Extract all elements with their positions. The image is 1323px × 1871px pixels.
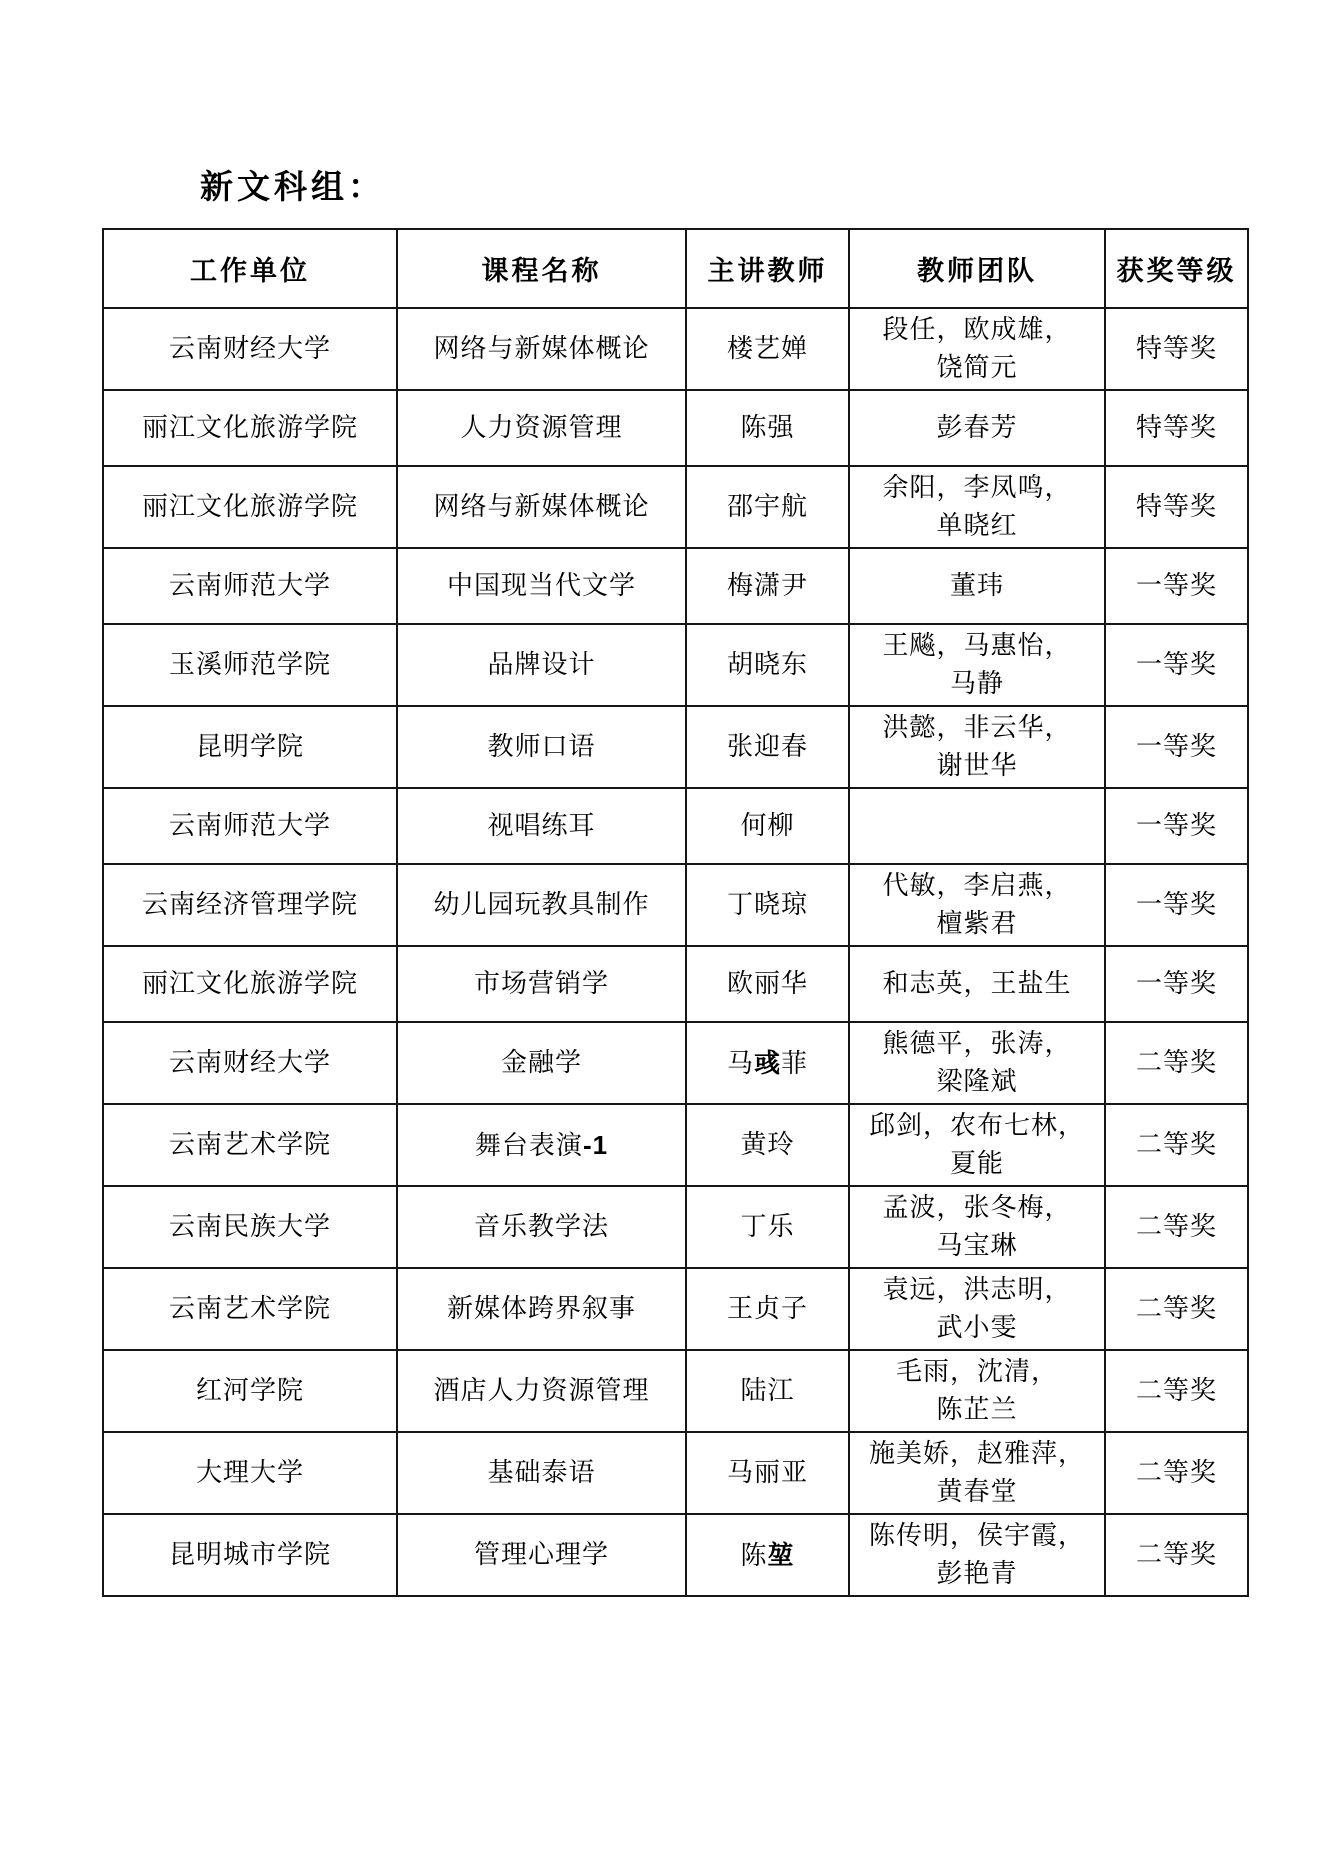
cell-unit: 玉溪师范学院 xyxy=(103,624,397,706)
cell-team: 代敏，李启燕， 檀紫君 xyxy=(849,864,1105,946)
cell-course: 舞台表演-1 xyxy=(397,1104,686,1186)
cell-team: 段任，欧成雄， 饶简元 xyxy=(849,308,1105,390)
table-row: 昆明城市学院 管理心理学 陈堃 陈传明，侯宇霞， 彭艳青 二等奖 xyxy=(103,1514,1248,1596)
cell-lecturer: 欧丽华 xyxy=(686,946,849,1022)
cell-lecturer: 胡晓东 xyxy=(686,624,849,706)
table-row: 丽江文化旅游学院 人力资源管理 陈强 彭春芳 特等奖 xyxy=(103,390,1248,466)
cell-team: 洪懿，非云华， 谢世华 xyxy=(849,706,1105,788)
cell-unit: 丽江文化旅游学院 xyxy=(103,390,397,466)
table-row: 云南民族大学 音乐教学法 丁乐 孟波，张冬梅， 马宝琳 二等奖 xyxy=(103,1186,1248,1268)
cell-course: 新媒体跨界叙事 xyxy=(397,1268,686,1350)
cell-lecturer: 马彧菲 xyxy=(686,1022,849,1104)
table-header-row: 工作单位 课程名称 主讲教师 教师团队 获奖等级 xyxy=(103,229,1248,308)
cell-lecturer: 陆江 xyxy=(686,1350,849,1432)
cell-award: 特等奖 xyxy=(1105,466,1248,548)
cell-lecturer: 王贞子 xyxy=(686,1268,849,1350)
cell-course: 管理心理学 xyxy=(397,1514,686,1596)
cell-course: 网络与新媒体概论 xyxy=(397,466,686,548)
cell-award: 特等奖 xyxy=(1105,308,1248,390)
table-row: 丽江文化旅游学院 市场营销学 欧丽华 和志英，王盐生 一等奖 xyxy=(103,946,1248,1022)
cell-team: 孟波，张冬梅， 马宝琳 xyxy=(849,1186,1105,1268)
cell-team xyxy=(849,788,1105,864)
cell-course: 金融学 xyxy=(397,1022,686,1104)
col-header-unit: 工作单位 xyxy=(103,229,397,308)
cell-unit: 大理大学 xyxy=(103,1432,397,1514)
cell-award: 一等奖 xyxy=(1105,788,1248,864)
cell-course: 视唱练耳 xyxy=(397,788,686,864)
table-row: 云南师范大学 视唱练耳 何柳 一等奖 xyxy=(103,788,1248,864)
cell-lecturer: 马丽亚 xyxy=(686,1432,849,1514)
cell-team: 袁远，洪志明， 武小雯 xyxy=(849,1268,1105,1350)
table-row: 玉溪师范学院 品牌设计 胡晓东 王飚，马惠怡， 马静 一等奖 xyxy=(103,624,1248,706)
cell-lecturer: 梅潇尹 xyxy=(686,548,849,624)
cell-team: 彭春芳 xyxy=(849,390,1105,466)
table-row: 云南师范大学 中国现当代文学 梅潇尹 董玮 一等奖 xyxy=(103,548,1248,624)
cell-award: 特等奖 xyxy=(1105,390,1248,466)
cell-team: 邱剑，农布七林， 夏能 xyxy=(849,1104,1105,1186)
col-header-lecturer: 主讲教师 xyxy=(686,229,849,308)
cell-team: 毛雨，沈清， 陈芷兰 xyxy=(849,1350,1105,1432)
page-title: 新文科组： xyxy=(200,166,385,210)
cell-unit: 丽江文化旅游学院 xyxy=(103,946,397,1022)
cell-award: 一等奖 xyxy=(1105,864,1248,946)
cell-course: 品牌设计 xyxy=(397,624,686,706)
cell-course: 基础泰语 xyxy=(397,1432,686,1514)
cell-unit: 昆明城市学院 xyxy=(103,1514,397,1596)
table-row: 大理大学 基础泰语 马丽亚 施美娇，赵雅萍， 黄春堂 二等奖 xyxy=(103,1432,1248,1514)
cell-award: 二等奖 xyxy=(1105,1514,1248,1596)
cell-course: 人力资源管理 xyxy=(397,390,686,466)
cell-team: 和志英，王盐生 xyxy=(849,946,1105,1022)
cell-award: 二等奖 xyxy=(1105,1022,1248,1104)
cell-unit: 云南财经大学 xyxy=(103,1022,397,1104)
cell-team: 余阳，李凤鸣， 单晓红 xyxy=(849,466,1105,548)
cell-unit: 云南财经大学 xyxy=(103,308,397,390)
cell-unit: 云南民族大学 xyxy=(103,1186,397,1268)
cell-award: 二等奖 xyxy=(1105,1268,1248,1350)
cell-course: 中国现当代文学 xyxy=(397,548,686,624)
table-row: 丽江文化旅游学院 网络与新媒体概论 邵宇航 余阳，李凤鸣， 单晓红 特等奖 xyxy=(103,466,1248,548)
cell-unit: 云南艺术学院 xyxy=(103,1268,397,1350)
cell-team: 陈传明，侯宇霞， 彭艳青 xyxy=(849,1514,1105,1596)
cell-lecturer: 陈强 xyxy=(686,390,849,466)
table-row: 云南艺术学院 新媒体跨界叙事 王贞子 袁远，洪志明， 武小雯 二等奖 xyxy=(103,1268,1248,1350)
cell-lecturer: 丁乐 xyxy=(686,1186,849,1268)
cell-award: 一等奖 xyxy=(1105,548,1248,624)
cell-unit: 丽江文化旅游学院 xyxy=(103,466,397,548)
table-row: 昆明学院 教师口语 张迎春 洪懿，非云华， 谢世华 一等奖 xyxy=(103,706,1248,788)
table-row: 云南财经大学 网络与新媒体概论 楼艺婵 段任，欧成雄， 饶简元 特等奖 xyxy=(103,308,1248,390)
cell-course: 音乐教学法 xyxy=(397,1186,686,1268)
table-row: 云南艺术学院 舞台表演-1 黄玲 邱剑，农布七林， 夏能 二等奖 xyxy=(103,1104,1248,1186)
cell-team: 施美娇，赵雅萍， 黄春堂 xyxy=(849,1432,1105,1514)
cell-award: 一等奖 xyxy=(1105,706,1248,788)
cell-course: 市场营销学 xyxy=(397,946,686,1022)
cell-lecturer: 何柳 xyxy=(686,788,849,864)
cell-award: 一等奖 xyxy=(1105,624,1248,706)
cell-unit: 云南师范大学 xyxy=(103,788,397,864)
cell-lecturer: 黄玲 xyxy=(686,1104,849,1186)
cell-lecturer: 邵宇航 xyxy=(686,466,849,548)
cell-lecturer: 楼艺婵 xyxy=(686,308,849,390)
cell-course: 教师口语 xyxy=(397,706,686,788)
cell-lecturer: 丁晓琼 xyxy=(686,864,849,946)
cell-course: 酒店人力资源管理 xyxy=(397,1350,686,1432)
cell-award: 二等奖 xyxy=(1105,1186,1248,1268)
cell-award: 二等奖 xyxy=(1105,1350,1248,1432)
cell-course: 幼儿园玩教具制作 xyxy=(397,864,686,946)
table-row: 云南经济管理学院 幼儿园玩教具制作 丁晓琼 代敏，李启燕， 檀紫君 一等奖 xyxy=(103,864,1248,946)
cell-unit: 云南经济管理学院 xyxy=(103,864,397,946)
cell-lecturer: 张迎春 xyxy=(686,706,849,788)
col-header-team: 教师团队 xyxy=(849,229,1105,308)
cell-unit: 云南师范大学 xyxy=(103,548,397,624)
cell-unit: 昆明学院 xyxy=(103,706,397,788)
cell-lecturer: 陈堃 xyxy=(686,1514,849,1596)
table-row: 红河学院 酒店人力资源管理 陆江 毛雨，沈清， 陈芷兰 二等奖 xyxy=(103,1350,1248,1432)
cell-unit: 红河学院 xyxy=(103,1350,397,1432)
cell-course: 网络与新媒体概论 xyxy=(397,308,686,390)
table-row: 云南财经大学 金融学 马彧菲 熊德平，张涛， 梁隆斌 二等奖 xyxy=(103,1022,1248,1104)
col-header-award: 获奖等级 xyxy=(1105,229,1248,308)
cell-award: 二等奖 xyxy=(1105,1432,1248,1514)
cell-award: 二等奖 xyxy=(1105,1104,1248,1186)
cell-team: 王飚，马惠怡， 马静 xyxy=(849,624,1105,706)
cell-team: 熊德平，张涛， 梁隆斌 xyxy=(849,1022,1105,1104)
awards-table: 工作单位 课程名称 主讲教师 教师团队 获奖等级 云南财经大学 网络与新媒体概论… xyxy=(102,228,1249,1597)
col-header-course: 课程名称 xyxy=(397,229,686,308)
cell-team: 董玮 xyxy=(849,548,1105,624)
cell-unit: 云南艺术学院 xyxy=(103,1104,397,1186)
cell-award: 一等奖 xyxy=(1105,946,1248,1022)
